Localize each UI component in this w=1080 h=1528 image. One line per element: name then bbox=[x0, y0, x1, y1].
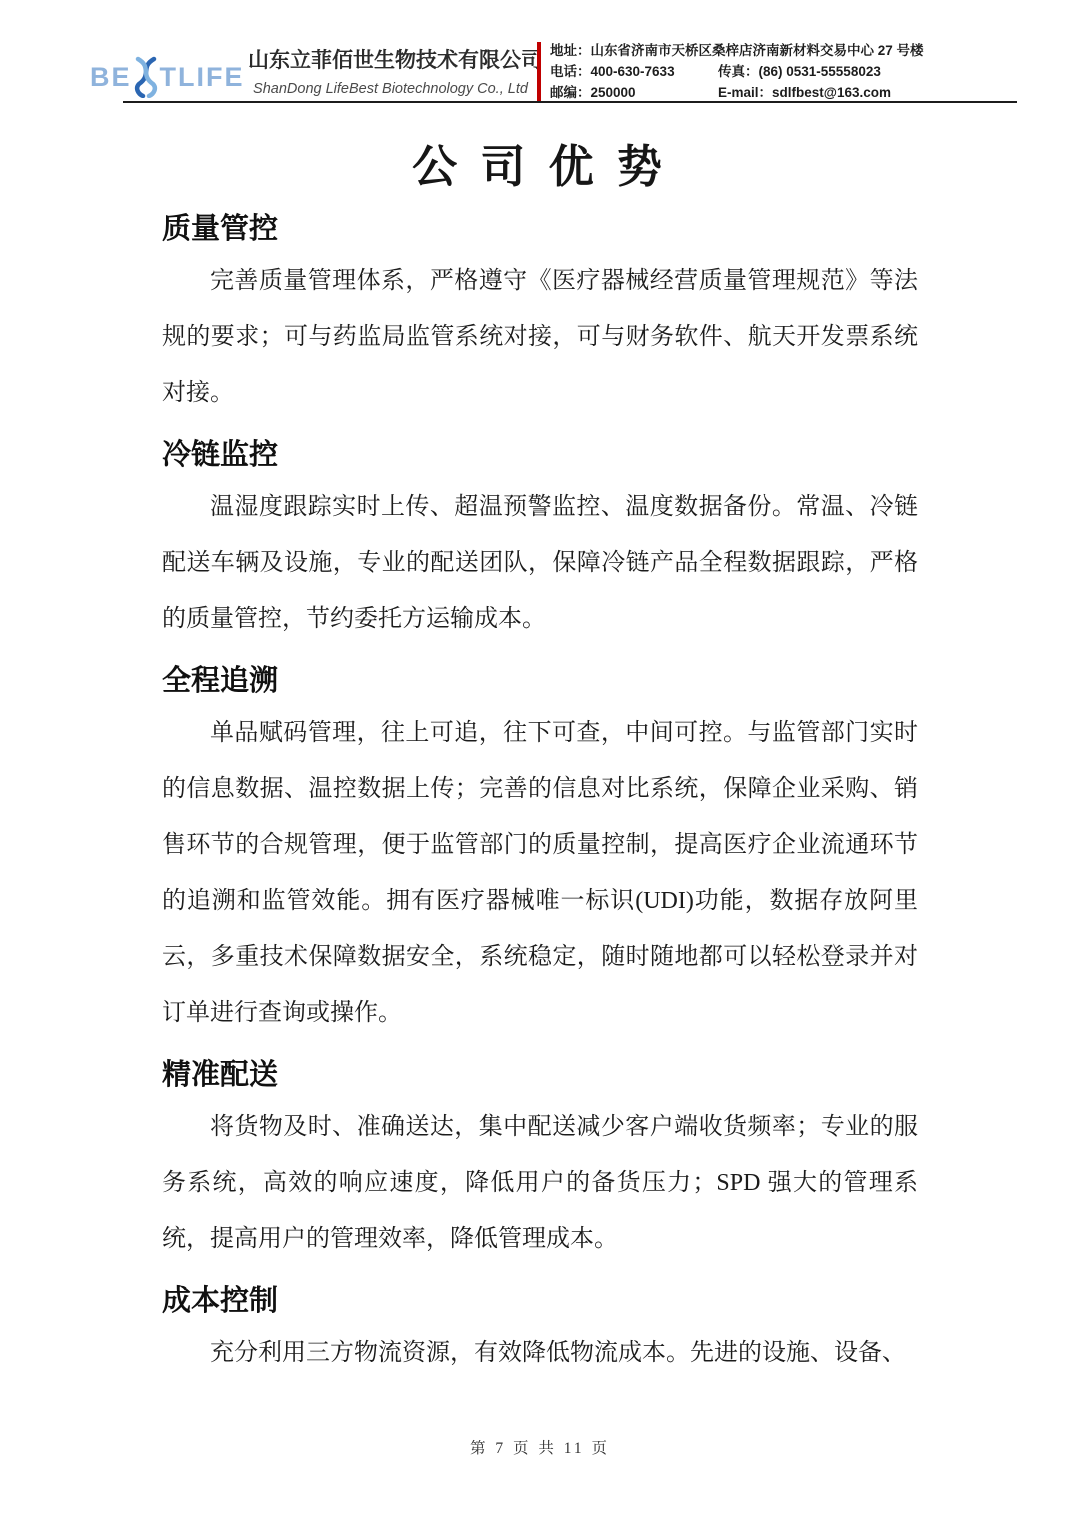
company-name-en: ShanDong LifeBest Biotechnology Co., Ltd bbox=[248, 81, 533, 97]
company-logo: BE TLIFE bbox=[90, 56, 245, 98]
section-heading: 质量管控 bbox=[162, 211, 918, 247]
section-cold-chain-monitoring: 冷链监控 温湿度跟踪实时上传、超温预警监控、温度数据备份。常温、冷链配送车辆及设… bbox=[162, 437, 918, 647]
logo-text-left: BE bbox=[90, 62, 132, 93]
section-paragraph: 完善质量管理体系，严格遵守《医疗器械经营质量管理规范》等法规的要求；可与药监局监… bbox=[162, 253, 918, 421]
company-name-cn: 山东立菲佰世生物技术有限公司 bbox=[248, 44, 533, 74]
address-value: 山东省济南市天桥区桑梓店济南新材料交易中心 27 号楼 bbox=[591, 43, 924, 58]
fax-value: (86) 0531-55558023 bbox=[759, 64, 881, 79]
section-quality-control: 质量管控 完善质量管理体系，严格遵守《医疗器械经营质量管理规范》等法规的要求；可… bbox=[162, 211, 918, 421]
section-paragraph: 单品赋码管理，往上可追，往下可查，中间可控。与监管部门实时的信息数据、温控数据上… bbox=[162, 705, 918, 1041]
address-label: 地址： bbox=[550, 43, 591, 58]
section-full-traceability: 全程追溯 单品赋码管理，往上可追，往下可查，中间可控。与监管部门实时的信息数据、… bbox=[162, 663, 918, 1041]
section-cost-control: 成本控制 充分利用三方物流资源，有效降低物流成本。先进的设施、设备、 bbox=[162, 1283, 918, 1381]
contact-phone-row: 电话：400-630-7633 传真：(86) 0531-55558023 bbox=[550, 61, 940, 82]
logo-text-right: TLIFE bbox=[160, 62, 245, 93]
section-paragraph: 温湿度跟踪实时上传、超温预警监控、温度数据备份。常温、冷链配送车辆及设施，专业的… bbox=[162, 479, 918, 647]
email: E-mail：sdlfbest@163.com bbox=[718, 82, 891, 103]
zip-value: 250000 bbox=[591, 85, 636, 100]
contact-address-row: 地址：山东省济南市天桥区桑梓店济南新材料交易中心 27 号楼 bbox=[550, 40, 940, 61]
section-paragraph: 将货物及时、准确送达，集中配送减少客户端收货频率；专业的服务系统，高效的响应速度… bbox=[162, 1099, 918, 1267]
letterhead: BE TLIFE 山东立菲佰世生物技术有限公司 ShanDong LifeBes… bbox=[0, 0, 1080, 105]
fax-label: 传真： bbox=[718, 64, 759, 79]
section-precise-delivery: 精准配送 将货物及时、准确送达，集中配送减少客户端收货频率；专业的服务系统，高效… bbox=[162, 1057, 918, 1267]
header-divider-line bbox=[123, 101, 1017, 103]
document-body: 质量管控 完善质量管理体系，严格遵守《医疗器械经营质量管理规范》等法规的要求；可… bbox=[162, 211, 918, 1381]
phone-value: 400-630-7633 bbox=[591, 64, 675, 79]
section-heading: 冷链监控 bbox=[162, 437, 918, 473]
section-heading: 精准配送 bbox=[162, 1057, 918, 1093]
company-name-block: 山东立菲佰世生物技术有限公司 ShanDong LifeBest Biotech… bbox=[248, 44, 533, 97]
fax: 传真：(86) 0531-55558023 bbox=[718, 61, 881, 82]
dna-icon bbox=[132, 56, 160, 98]
section-heading: 成本控制 bbox=[162, 1283, 918, 1319]
email-label: E-mail： bbox=[718, 85, 772, 100]
document-page: BE TLIFE 山东立菲佰世生物技术有限公司 ShanDong LifeBes… bbox=[0, 0, 1080, 1528]
phone: 电话：400-630-7633 bbox=[550, 61, 718, 82]
zip: 邮编：250000 bbox=[550, 82, 718, 103]
contact-zip-row: 邮编：250000 E-mail：sdlfbest@163.com bbox=[550, 82, 940, 103]
address: 地址：山东省济南市天桥区桑梓店济南新材料交易中心 27 号楼 bbox=[550, 40, 924, 61]
zip-label: 邮编： bbox=[550, 85, 591, 100]
contact-block: 地址：山东省济南市天桥区桑梓店济南新材料交易中心 27 号楼 电话：400-63… bbox=[550, 40, 940, 103]
email-value: sdlfbest@163.com bbox=[772, 85, 891, 100]
phone-label: 电话： bbox=[550, 64, 591, 79]
page-title: 公 司 优 势 bbox=[0, 139, 1080, 195]
section-heading: 全程追溯 bbox=[162, 663, 918, 699]
section-paragraph: 充分利用三方物流资源，有效降低物流成本。先进的设施、设备、 bbox=[162, 1325, 918, 1381]
page-number: 第 7 页 共 11 页 bbox=[0, 1436, 1080, 1458]
red-divider-bar bbox=[537, 42, 541, 102]
